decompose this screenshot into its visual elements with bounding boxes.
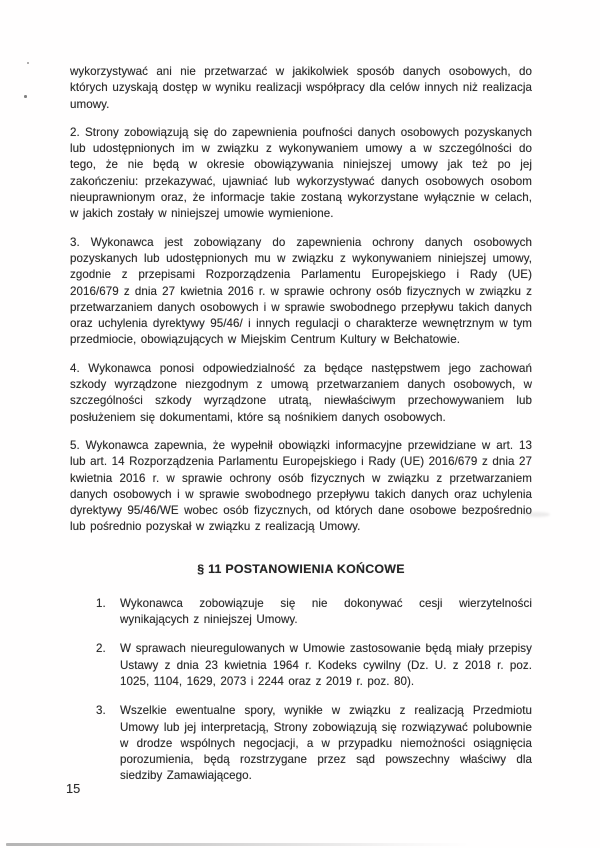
numbered-list: 1. Wykonawca zobowiązuje się nie dokonyw… (96, 596, 532, 785)
scan-speckle (24, 95, 27, 98)
paragraph-clause-2: 2. Strony zobowiązują się do zapewnienia… (70, 125, 532, 223)
list-item-text: Wykonawca zobowiązuje się nie dokonywać … (120, 596, 532, 629)
list-item-text: Wszelkie ewentualne spory, wynikłe w zwi… (120, 703, 532, 784)
paragraph-clause-5: 5. Wykonawca zapewnia, że wypełnił obowi… (70, 438, 532, 536)
paragraph-clause-4: 4. Wykonawca ponosi odpowiedzialność za … (70, 361, 532, 426)
list-item-number: 2. (96, 641, 120, 690)
document-content: wykorzystywać ani nie przetwarzać w jaki… (70, 64, 532, 798)
list-item-text: W sprawach nieuregulowanych w Umowie zas… (120, 641, 532, 690)
scan-smudge (524, 512, 550, 517)
scan-speckle (27, 62, 29, 64)
list-item: 2. W sprawach nieuregulowanych w Umowie … (96, 641, 532, 690)
list-item-number: 1. (96, 596, 120, 629)
page-number: 15 (66, 781, 80, 796)
list-item: 1. Wykonawca zobowiązuje się nie dokonyw… (96, 596, 532, 629)
list-item: 3. Wszelkie ewentualne spory, wynikłe w … (96, 703, 532, 784)
scan-artifact-line (6, 843, 471, 846)
document-page: wykorzystywać ani nie przetwarzać w jaki… (0, 0, 600, 848)
paragraph-continuation: wykorzystywać ani nie przetwarzać w jaki… (70, 64, 532, 113)
section-heading: § 11 POSTANOWIENIA KOŃCOWE (70, 562, 532, 576)
paragraph-clause-3: 3. Wykonawca jest zobowiązany do zapewni… (70, 235, 532, 349)
list-item-number: 3. (96, 703, 120, 784)
